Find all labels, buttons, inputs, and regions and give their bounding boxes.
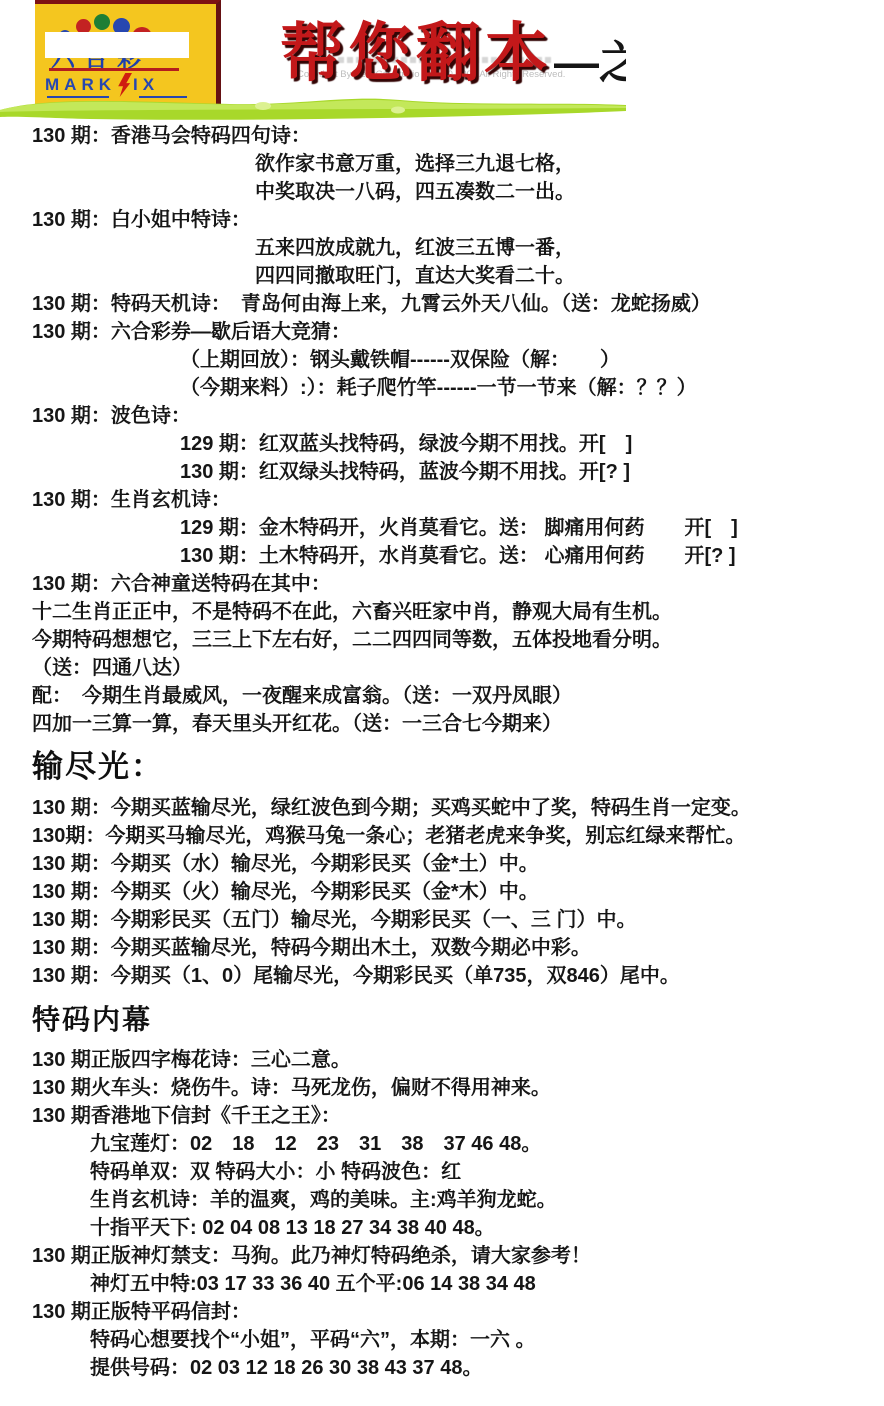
text-line: 130 期：红双绿头找特码，蓝波今期不用找。开[? ] [0,458,884,486]
text-line: 四加一三算一算，春天里头开红花。（送：一三合七今期来） [0,710,884,738]
text-line: 十二生肖正正中，不是特码不在此，六畜兴旺家中肖，静观大局有生机。 [0,598,884,626]
page-title-text: 帮您翻本 [280,10,552,98]
text-line: 130 期香港地下信封《千王之王》： [0,1102,884,1130]
text-line: 130 期：今期买（水）输尽光，今期彩民买（金*土）中。 [0,850,884,878]
text-line: 129 期：红双蓝头找特码，绿波今期不用找。开[ ] [0,430,884,458]
text-line: （上期回放）：钢头戴铁帽------双保险（解： ） [0,346,884,374]
logo-red-underline [49,68,179,71]
band-highlight [255,102,271,110]
text-line: 130 期：今期彩民买（五门）输尽光，今期彩民买（一、三 门）中。 [0,906,884,934]
text-line: 130 期：土木特码开，水肖莫看它。送： 心痛用何药 开[? ] [0,542,884,570]
text-line: （送：四通八达） [0,654,884,682]
band-highlight [391,107,405,114]
text-line: 130 期正版神灯禁支：马狗。此乃神灯特码绝杀，请大家参考！ [0,1242,884,1270]
text-line: 130期：今期买马输尽光，鸡猴马兔一条心；老猪老虎来争奖，别忘红绿来帮忙。 [0,822,884,850]
text-line: 130 期：白小姐中特诗： [0,206,884,234]
text-line: 特码单双：双 特码大小：小 特码波色：红 [0,1158,884,1186]
text-line: 欲作家书意万重，选择三九退七格， [0,150,884,178]
text-line: （今期来料）:）：耗子爬竹竿------一节一节来（解：？？） [0,374,884,402]
section-poems: 130 期：香港马会特码四句诗： 欲作家书意万重，选择三九退七格， 中奖取决一八… [0,122,884,738]
section-temaneimu: 特码内幕 130 期正版四字梅花诗：三心二意。 130 期火车头：烧伤牛。诗：马… [0,1006,884,1382]
text-line: 130 期：六合神童送特码在其中： [0,570,884,598]
text-line: 特码心想要找个“小姐”，平码“六”，本期：一六 。 [0,1326,884,1354]
header: Copyright By DeskCal Studio @2000-2005 A… [0,0,884,122]
text-line: 五来四放成就九，红波三五博一番， [0,234,884,262]
shujinguang-lines: 130 期：今期买蓝输尽光，绿红波色到今期；买鸡买蛇中了奖，特码生肖一定变。 1… [0,794,884,990]
text-line: 四四同撤取旺门，直达大奖看二十。 [0,262,884,290]
text-line: 提供号码：02 03 12 18 26 30 38 43 37 48。 [0,1354,884,1382]
text-line: 130 期：波色诗： [0,402,884,430]
page-title-suffix: —之五 [554,28,626,98]
text-line: 配： 今期生肖最威风，一夜醒来成富翁。（送：一双丹凤眼） [0,682,884,710]
marksix-logo: 六合彩 MARK IX [35,0,221,104]
text-line: 130 期：生肖玄机诗： [0,486,884,514]
text-line: 130 期：今期买（1、0）尾输尽光，今期彩民买（单735，双846）尾中。 [0,962,884,990]
text-line: 今期特码想想它，三三上下左右好，二二四四同等数，五体投地看分明。 [0,626,884,654]
text-line: 中奖取决一八码，四五凑数二一出。 [0,178,884,206]
text-line: 九宝莲灯：02 18 12 23 31 38 37 46 48。 [0,1130,884,1158]
text-line: 生肖玄机诗：羊的温爽，鸡的美味。主:鸡羊狗龙蛇。 [0,1186,884,1214]
page: Copyright By DeskCal Studio @2000-2005 A… [0,0,884,1406]
poems-lines: 130 期：香港马会特码四句诗： 欲作家书意万重，选择三九退七格， 中奖取决一八… [0,122,884,738]
text-line: 129 期：金木特码开，火肖莫看它。送： 脚痛用何药 开[ ] [0,514,884,542]
logo-white-strip [45,32,189,58]
text-line: 130 期：今期买蓝输尽光，特码今期出木土，双数今期必中彩。 [0,934,884,962]
text-line: 十指平天下: 02 04 08 13 18 27 34 38 40 48。 [0,1214,884,1242]
page-title: 帮您翻本 —之五 [280,2,626,98]
text-line: 130 期火车头：烧伤牛。诗：马死龙伤，偏财不得用神来。 [0,1074,884,1102]
section-heading-shujinguang: 输尽光： [32,751,884,782]
section-shujinguang: 输尽光： 130 期：今期买蓝输尽光，绿红波色到今期；买鸡买蛇中了奖，特码生肖一… [0,751,884,990]
text-line: 130 期：今期买（火）输尽光，今期彩民买（金*木）中。 [0,878,884,906]
content: 130 期：香港马会特码四句诗： 欲作家书意万重，选择三九退七格， 中奖取决一八… [0,122,884,1382]
text-line: 130 期正版特平码信封： [0,1298,884,1326]
text-line: 130 期：六合彩券—歇后语大竞猜： [0,318,884,346]
section-heading-temaneimu: 特码内幕 [32,1006,884,1034]
logo-dot-icon [94,14,110,30]
temaneimu-lines: 130 期正版四字梅花诗：三心二意。 130 期火车头：烧伤牛。诗：马死龙伤，偏… [0,1046,884,1382]
text-line: 130 期：特码天机诗： 青岛何由海上来，九霄云外天八仙。（送：龙蛇扬威） [0,290,884,318]
text-line: 130 期：香港马会特码四句诗： [0,122,884,150]
text-line: 130 期正版四字梅花诗：三心二意。 [0,1046,884,1074]
text-line: 神灯五中特:03 17 33 36 40 五个平:06 14 38 34 48 [0,1270,884,1298]
green-wave-divider [0,92,626,122]
text-line: 130 期：今期买蓝输尽光，绿红波色到今期；买鸡买蛇中了奖，特码生肖一定变。 [0,794,884,822]
